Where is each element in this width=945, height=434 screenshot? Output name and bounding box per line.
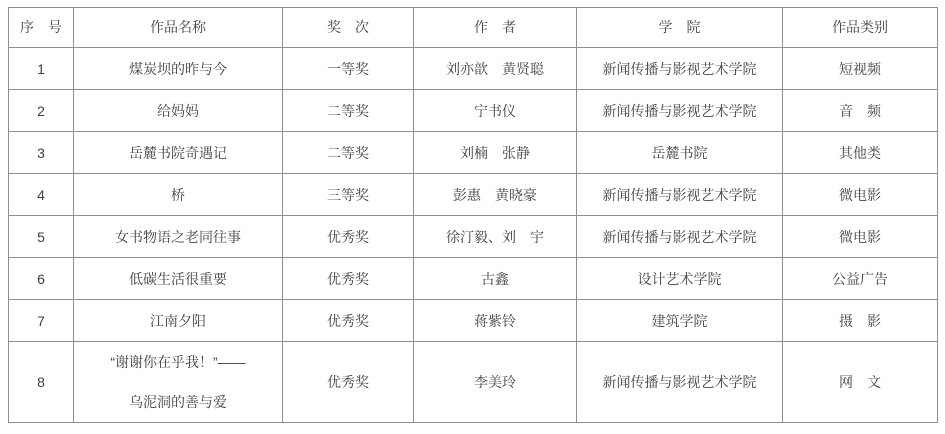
header-row: 序 号作品名称奖 次作 者学 院作品类别 (9, 8, 938, 48)
cell-index: 6 (9, 258, 74, 300)
cell-category: 公益广告 (783, 258, 938, 300)
cell-authors: 宁书仪 (414, 90, 577, 132)
table-row: 7江南夕阳优秀奖蒋紫铃建筑学院摄 影 (9, 300, 938, 342)
cell-award: 优秀奖 (283, 300, 414, 342)
cell-award: 二等奖 (283, 132, 414, 174)
cell-award: 优秀奖 (283, 258, 414, 300)
cell-award: 三等奖 (283, 174, 414, 216)
document-page: 序 号作品名称奖 次作 者学 院作品类别 1煤炭坝的昨与今一等奖刘亦歆 黄贤聪新… (0, 0, 945, 434)
header-cell-category: 作品类别 (783, 8, 938, 48)
cell-title: 江南夕阳 (74, 300, 283, 342)
table-body: 1煤炭坝的昨与今一等奖刘亦歆 黄贤聪新闻传播与影视艺术学院短视频2给妈妈二等奖宁… (9, 48, 938, 423)
cell-category: 微电影 (783, 174, 938, 216)
award-works-table: 序 号作品名称奖 次作 者学 院作品类别 1煤炭坝的昨与今一等奖刘亦歆 黄贤聪新… (8, 7, 938, 423)
cell-category: 微电影 (783, 216, 938, 258)
cell-title: 低碳生活很重要 (74, 258, 283, 300)
cell-college: 新闻传播与影视艺术学院 (577, 90, 783, 132)
table-row: 8“谢谢你在乎我！”—— 乌泥洞的善与爱优秀奖李美玲新闻传播与影视艺术学院网 文 (9, 342, 938, 423)
cell-award: 一等奖 (283, 48, 414, 90)
cell-college: 建筑学院 (577, 300, 783, 342)
table-row: 5女书物语之老同往事优秀奖徐汀毅、刘 宇新闻传播与影视艺术学院微电影 (9, 216, 938, 258)
cell-index: 3 (9, 132, 74, 174)
header-cell-index: 序 号 (9, 8, 74, 48)
cell-category: 短视频 (783, 48, 938, 90)
header-cell-college: 学 院 (577, 8, 783, 48)
cell-authors: 刘亦歆 黄贤聪 (414, 48, 577, 90)
cell-college: 新闻传播与影视艺术学院 (577, 174, 783, 216)
cell-award: 二等奖 (283, 90, 414, 132)
cell-authors: 古鑫 (414, 258, 577, 300)
cell-title: 煤炭坝的昨与今 (74, 48, 283, 90)
table-row: 1煤炭坝的昨与今一等奖刘亦歆 黄贤聪新闻传播与影视艺术学院短视频 (9, 48, 938, 90)
cell-category: 网 文 (783, 342, 938, 423)
cell-authors: 徐汀毅、刘 宇 (414, 216, 577, 258)
cell-index: 2 (9, 90, 74, 132)
cell-index: 8 (9, 342, 74, 423)
cell-index: 5 (9, 216, 74, 258)
cell-college: 岳麓书院 (577, 132, 783, 174)
cell-college: 新闻传播与影视艺术学院 (577, 216, 783, 258)
cell-authors: 李美玲 (414, 342, 577, 423)
cell-title: “谢谢你在乎我！”—— 乌泥洞的善与爱 (74, 342, 283, 423)
cell-title: 桥 (74, 174, 283, 216)
cell-award: 优秀奖 (283, 216, 414, 258)
cell-index: 7 (9, 300, 74, 342)
cell-category: 摄 影 (783, 300, 938, 342)
cell-college: 新闻传播与影视艺术学院 (577, 48, 783, 90)
table-row: 3岳麓书院奇遇记二等奖刘楠 张静岳麓书院其他类 (9, 132, 938, 174)
cell-title: 女书物语之老同往事 (74, 216, 283, 258)
cell-authors: 刘楠 张静 (414, 132, 577, 174)
cell-index: 4 (9, 174, 74, 216)
cell-college: 设计艺术学院 (577, 258, 783, 300)
header-cell-award: 奖 次 (283, 8, 414, 48)
cell-authors: 彭惠 黄晓豪 (414, 174, 577, 216)
table-row: 6低碳生活很重要优秀奖古鑫设计艺术学院公益广告 (9, 258, 938, 300)
cell-index: 1 (9, 48, 74, 90)
cell-authors: 蒋紫铃 (414, 300, 577, 342)
cell-award: 优秀奖 (283, 342, 414, 423)
cell-college: 新闻传播与影视艺术学院 (577, 342, 783, 423)
cell-title: 给妈妈 (74, 90, 283, 132)
table-row: 2给妈妈二等奖宁书仪新闻传播与影视艺术学院音 频 (9, 90, 938, 132)
cell-category: 其他类 (783, 132, 938, 174)
cell-title: 岳麓书院奇遇记 (74, 132, 283, 174)
header-cell-title: 作品名称 (74, 8, 283, 48)
cell-category: 音 频 (783, 90, 938, 132)
header-cell-authors: 作 者 (414, 8, 577, 48)
table-row: 4桥三等奖彭惠 黄晓豪新闻传播与影视艺术学院微电影 (9, 174, 938, 216)
